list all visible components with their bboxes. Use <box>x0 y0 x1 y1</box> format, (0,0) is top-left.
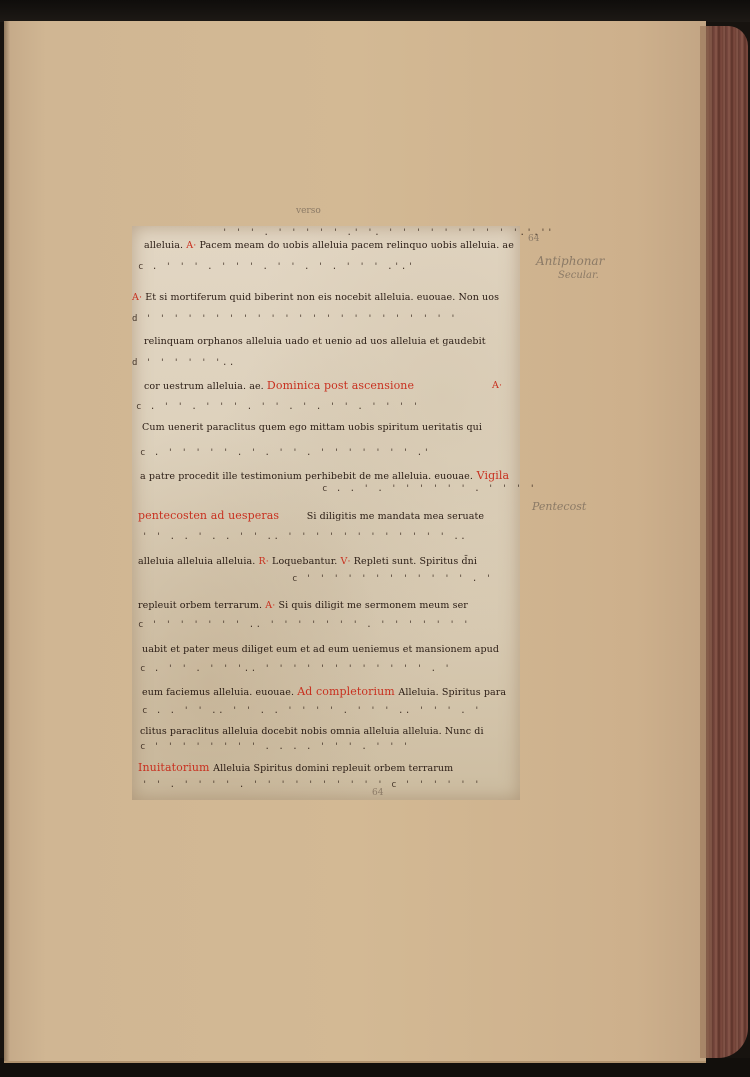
rubric-heading: Dominica post ascensione <box>267 379 414 392</box>
neume-row: c . ' ' ' ' ' . ' . ' ' . ' ' ' ' ' ' ' … <box>140 448 528 458</box>
rubric-heading: Ad completorium <box>297 685 398 698</box>
neume-row: d ' ' ' ' ' '.. <box>132 358 520 368</box>
text-segment: Loquebantur. <box>272 556 341 567</box>
neume-row: ' ' . . ' . . ' ' .. ' ' ' ' ' ' ' ' ' '… <box>142 532 530 542</box>
text-line: a patre procedit ille testimonium perhib… <box>140 470 528 483</box>
text-segment: ae. <box>249 381 267 392</box>
text-line: eum faciemus alleluia. euouae. Ad comple… <box>142 686 530 699</box>
neume-row: c ' ' ' ' ' ' ' ' ' ' ' ' . ' <box>292 574 680 584</box>
manuscript-folio: ' ' ' . ' ' ' ' ' .' '. ' ' ' ' ' ' ' ' … <box>132 226 520 800</box>
scan-background-top <box>0 0 750 22</box>
rubric-marker: A· <box>492 380 512 392</box>
neume-row: c . . ' ' .. ' ' . . ' ' ' ' . ' ' ' .. … <box>142 706 530 716</box>
text-segment: a patre procedit ille testimonium perhib… <box>140 471 473 482</box>
text-line: alleluia. A· Pacem meam do uobis allelui… <box>144 240 532 252</box>
text-line: pentecosten ad uesperas Si diligitis me … <box>138 510 526 523</box>
neume-row: c . ' ' . ' ' ' . ' ' . ' . ' ' . ' ' ' … <box>136 402 524 412</box>
rubric-marker: A· <box>265 600 278 611</box>
text-segment: alleluia alleluia alleluia. <box>138 556 259 567</box>
margin-note-feast: Pentecost <box>532 500 586 513</box>
text-line: repleuit orbem terrarum. A· Si quis dili… <box>138 600 526 612</box>
text-segment: Alleluia Spiritus domini repleuit orbem … <box>213 763 453 774</box>
text-segment: Et si mortiferum quid biberint non eis n… <box>145 292 499 303</box>
side-label: verso <box>296 206 321 216</box>
neume-row: c . . ' . ' ' ' ' ' ' . ' ' ' ' <box>322 484 710 494</box>
footer-folio-number: 64 <box>372 788 383 798</box>
neume-row: ' ' ' . ' ' ' ' ' .' '. ' ' ' ' ' ' ' ' … <box>222 228 610 238</box>
rubric-heading: Inuitatorium <box>138 761 213 774</box>
text-segment: cor uestrum alleluia. <box>144 381 249 392</box>
rubric-heading: Vigila <box>473 469 509 482</box>
neume-row: d ' ' ' ' ' ' ' ' ' ' ' ' ' ' ' ' ' ' ' … <box>132 314 520 324</box>
text-line: clitus paraclitus alleluia docebit nobis… <box>140 726 528 738</box>
text-segment: Pacem meam do uobis alleluia pacem relin… <box>199 240 513 251</box>
text-line: alleluia alleluia alleluia. R· Loquebant… <box>138 556 526 568</box>
neume-row: c ' ' ' ' ' ' ' ' . . . . ' ' ' . ' ' ' <box>140 742 528 752</box>
text-line: Inuitatorium Alleluia Spiritus domini re… <box>138 762 526 775</box>
text-segment: Alleluia. Spiritus para <box>398 687 506 698</box>
text-segment: eum faciemus alleluia. euouae. <box>142 687 297 698</box>
neume-row: ' ' . ' ' ' ' . ' ' ' ' ' ' ' ' ' ' c ' … <box>142 780 530 790</box>
text-segment: Repleti sunt. Spiritus d̄ni <box>354 556 477 567</box>
text-line: uabit et pater meus diliget eum et ad eu… <box>142 644 530 656</box>
margin-note-title: Antiphonar <box>536 254 604 268</box>
text-segment: Si quis diligit me sermonem meum ser <box>279 600 468 611</box>
text-line: Cum uenerit paraclitus quem ego mittam u… <box>142 422 530 434</box>
text-segment: Si diligitis me mandata mea seruate <box>307 511 484 522</box>
margin-note-subtitle: Secular. <box>558 270 599 281</box>
rubric-marker: V· <box>341 556 354 567</box>
text-line: relinquam orphanos alleluia uado et ueni… <box>144 336 532 348</box>
rubric-marker: A· <box>132 292 145 303</box>
text-line: cor uestrum alleluia. ae. Dominica post … <box>144 380 532 393</box>
text-segment: repleuit orbem terrarum. <box>138 600 265 611</box>
text-line: A· Et si mortiferum quid biberint non ei… <box>132 292 520 304</box>
page-edge-highlight <box>700 26 712 1058</box>
neume-row: c . ' ' ' . ' ' ' . ' ' . ' . ' ' ' .'.' <box>138 262 526 272</box>
rubric-marker: A· <box>186 240 199 251</box>
rubric-heading: pentecosten ad uesperas <box>138 509 283 522</box>
rubric-marker: R· <box>259 556 273 567</box>
page-gutter-shadow <box>4 21 10 1061</box>
neume-row: c ' ' ' ' ' ' ' .. ' ' ' ' ' ' ' . ' ' '… <box>138 620 526 630</box>
text-segment: alleluia. <box>144 240 186 251</box>
neume-row: c . ' ' . ' ' '.. ' ' ' ' ' ' ' ' ' ' ' … <box>140 664 528 674</box>
